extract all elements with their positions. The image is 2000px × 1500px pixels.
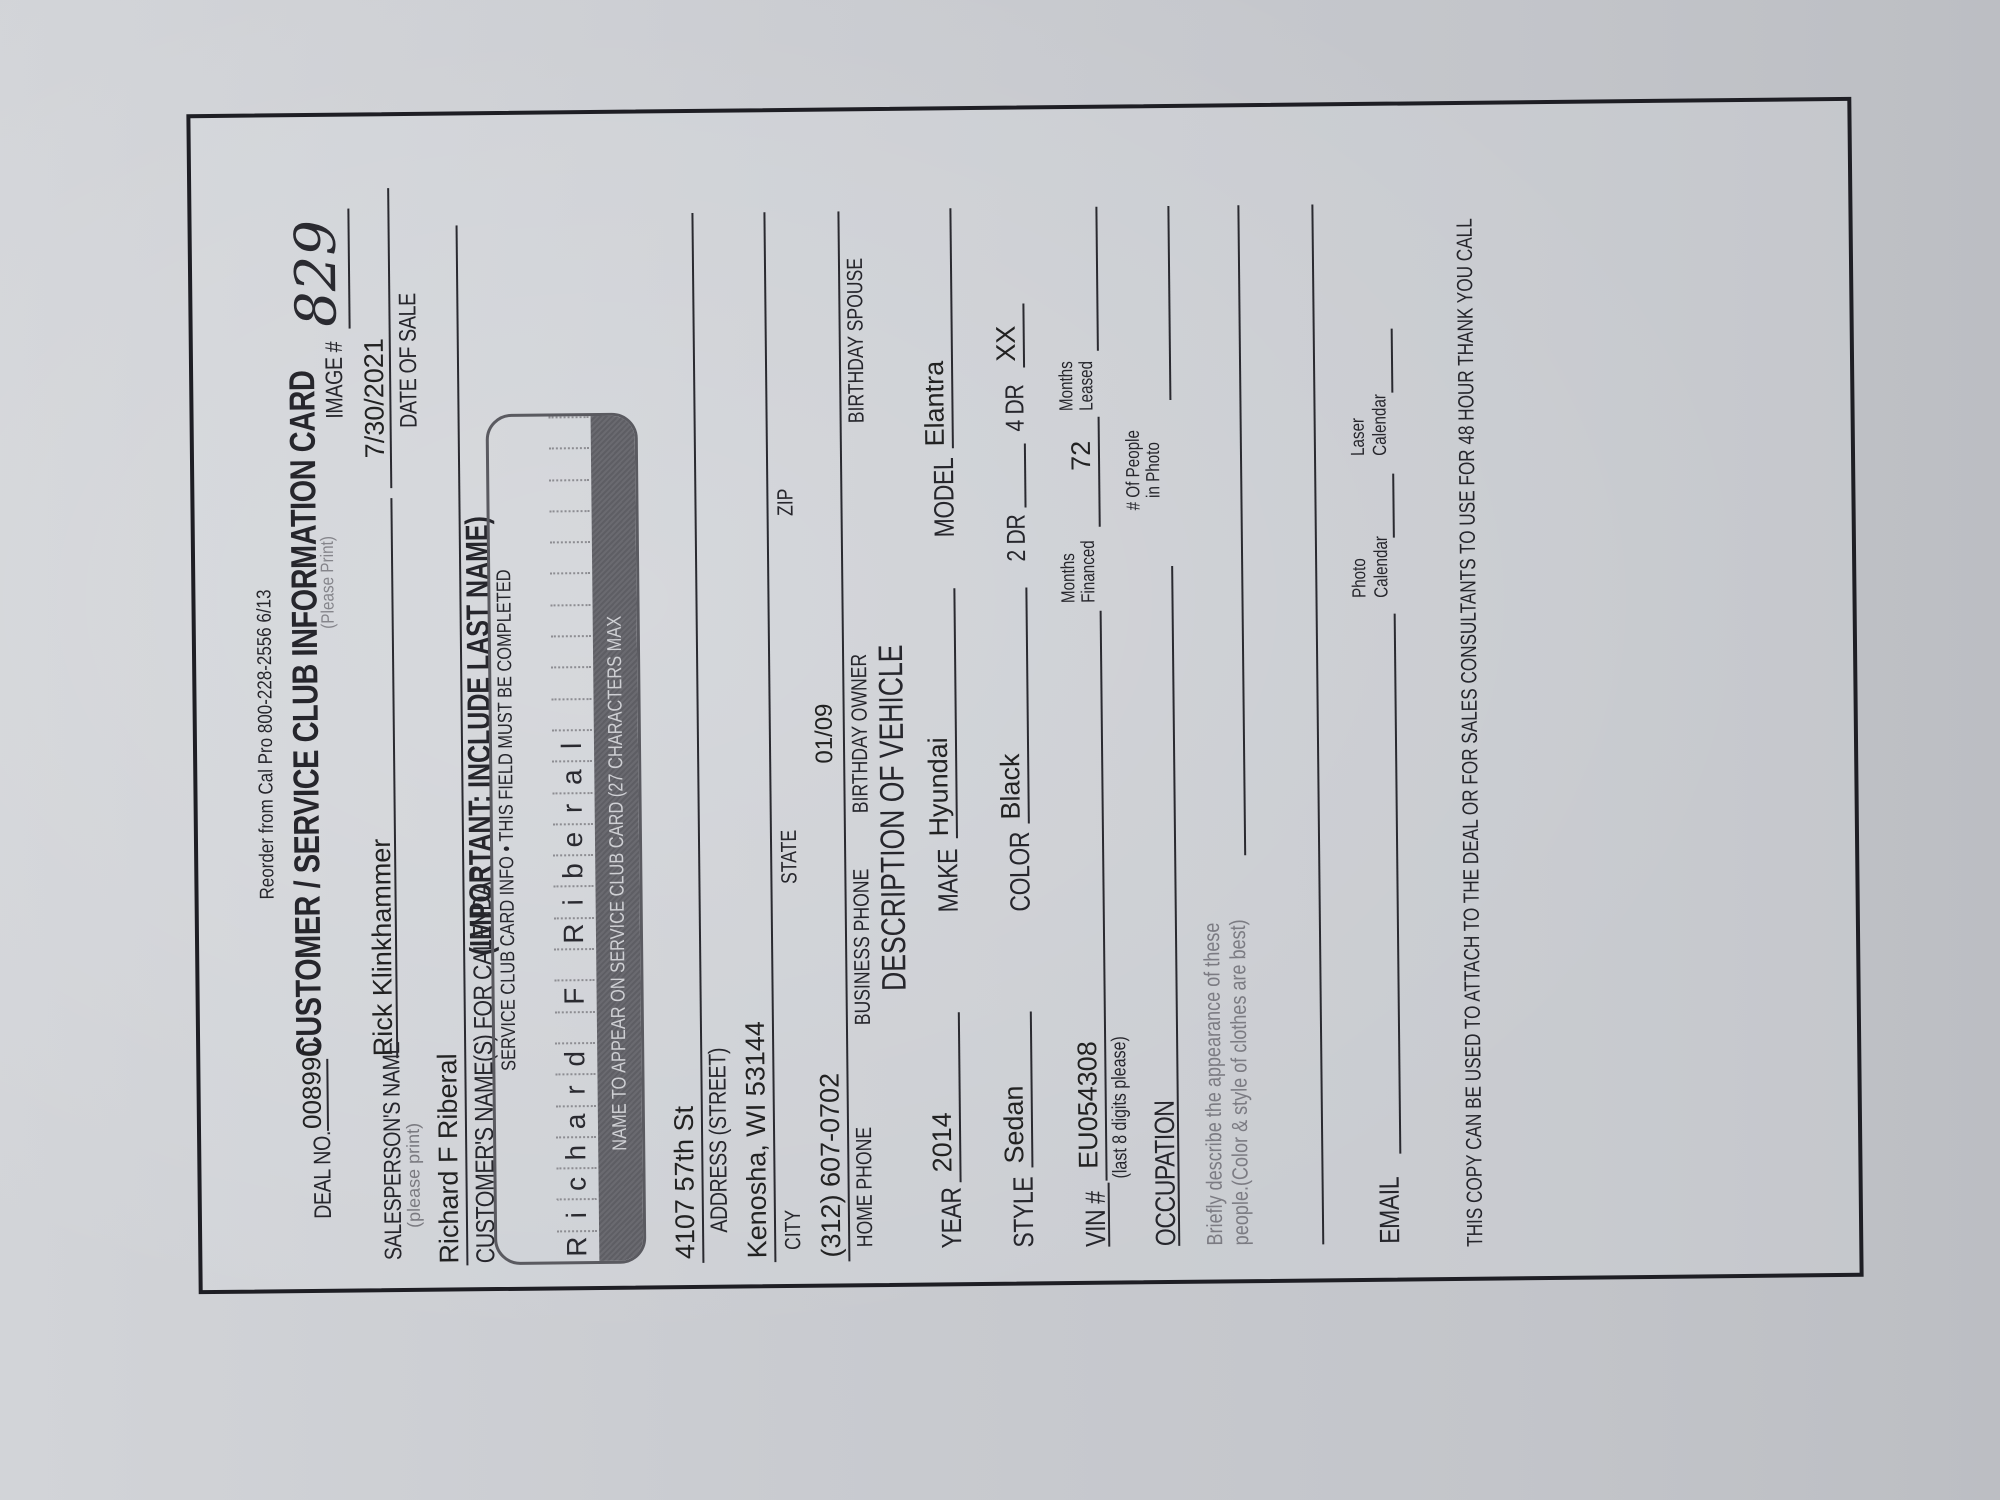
service-club-character-cell[interactable]: F	[554, 979, 594, 1011]
email-label: EMAIL	[1374, 1177, 1407, 1244]
four-dr-line	[1022, 303, 1025, 367]
service-club-character-cell[interactable]: e	[553, 823, 593, 855]
laser-calendar-line[interactable]	[1391, 329, 1394, 393]
service-club-character-cell[interactable]	[551, 635, 591, 667]
photo-calendar-line[interactable]	[1392, 474, 1395, 538]
salesperson-note: (please print)	[403, 1123, 425, 1228]
service-club-character-cell[interactable]	[550, 573, 590, 605]
vin-note: (last 8 digits please)	[1108, 1036, 1132, 1179]
service-club-character-cell[interactable]	[549, 416, 589, 448]
service-club-character-cell[interactable]: l	[552, 729, 592, 761]
style-value[interactable]: Sedan	[999, 1085, 1031, 1163]
service-club-character-cell[interactable]	[551, 666, 591, 698]
service-club-character-cell[interactable]	[555, 1011, 595, 1043]
city-value[interactable]: Kenosha, WI 53144	[740, 1021, 773, 1258]
service-club-character-cell[interactable]: d	[555, 1042, 595, 1074]
service-club-character-cell[interactable]	[549, 447, 589, 479]
address-value[interactable]: 4107 57th St	[669, 1106, 702, 1259]
service-club-character-cell[interactable]	[551, 604, 591, 636]
birthday-spouse-label: BIRTHDAY SPOUSE	[842, 258, 870, 424]
service-club-character-cell[interactable]: a	[556, 1105, 596, 1137]
title-note: (Please Print)	[317, 536, 339, 629]
address-label: ADDRESS (STREET)	[704, 1048, 734, 1233]
service-club-character-cell[interactable]: a	[552, 760, 592, 792]
people-in-photo-label: # Of Peoplein Photo	[1124, 430, 1165, 511]
service-club-character-cell[interactable]: r	[555, 1073, 595, 1105]
customer-info-card: Reorder from Cal Pro 800-228-2556 6/13 C…	[186, 97, 1863, 1294]
months-financed-line	[1098, 417, 1101, 527]
style-line	[1030, 1011, 1034, 1167]
style-label: STYLE	[1008, 1177, 1041, 1248]
service-club-character-cell[interactable]	[549, 479, 589, 511]
date-of-sale-value[interactable]: 7/30/2021	[359, 338, 391, 458]
make-label: MAKE	[932, 849, 965, 913]
service-club-character-cell[interactable]: b	[553, 854, 593, 886]
image-no-label: IMAGE #	[321, 342, 350, 419]
model-value[interactable]: Elantra	[919, 361, 951, 447]
appearance-line-1[interactable]	[1237, 205, 1246, 855]
months-financed-label: MonthsFinanced	[1059, 540, 1100, 603]
date-of-sale-label: DATE OF SALE	[394, 293, 423, 428]
make-value[interactable]: Hyundai	[923, 737, 955, 836]
service-club-character-cell[interactable]: R	[557, 1230, 597, 1262]
state-label: STATE	[776, 830, 803, 884]
two-dr-label: 2 DR	[1001, 514, 1032, 561]
reorder-text: Reorder from Cal Pro 800-228-2556 6/13	[253, 589, 279, 899]
service-club-character-cell[interactable]: c	[556, 1167, 596, 1199]
birthday-owner-label: BIRTHDAY OWNER	[846, 654, 874, 814]
months-financed-value[interactable]: 72	[1066, 441, 1097, 471]
vin-value[interactable]: EU054308	[1072, 1041, 1104, 1169]
service-club-character-cell[interactable]: R	[554, 917, 594, 949]
service-club-character-cell[interactable]	[552, 698, 592, 730]
four-dr-label: 4 DR	[999, 384, 1030, 431]
months-leased-label: MonthsLeased	[1057, 361, 1098, 411]
people-in-photo-line[interactable]	[1167, 206, 1171, 400]
customer-name-value[interactable]: Richard F Riberal	[432, 1053, 465, 1263]
deal-no-value[interactable]: 008990	[296, 1042, 328, 1129]
home-phone-label: HOME PHONE	[851, 1127, 878, 1248]
service-club-character-cell[interactable]	[554, 948, 594, 980]
image-no-line	[347, 209, 350, 329]
footer-note: THIS COPY CAN BE USED TO ATTACH TO THE D…	[1452, 218, 1489, 1247]
home-phone-value[interactable]: (312) 607-0702	[814, 1073, 847, 1258]
service-club-character-cells[interactable]: RichardFRiberal	[549, 416, 598, 1261]
color-value[interactable]: Black	[995, 753, 1027, 819]
vehicle-section-title: DESCRIPTION OF VEHICLE	[872, 644, 915, 991]
form-title: CUSTOMER / SERVICE CLUB INFORMATION CARD	[281, 370, 330, 1057]
year-label: YEAR	[936, 1187, 969, 1248]
service-club-character-cell[interactable]: i	[557, 1198, 597, 1230]
city-label: CITY	[780, 1210, 806, 1250]
model-label: MODEL	[928, 458, 961, 538]
service-club-character-cell[interactable]: i	[553, 885, 593, 917]
deal-no-line	[326, 1059, 329, 1131]
four-dr-value[interactable]: XX	[991, 325, 1022, 361]
birthday-owner-value[interactable]: 01/09	[811, 703, 840, 763]
appearance-label: Briefly describe the appearance of these…	[1199, 919, 1254, 1245]
zip-label: ZIP	[772, 488, 798, 516]
photo-calendar-label: PhotoCalendar	[1349, 536, 1394, 598]
two-dr-line[interactable]	[1024, 443, 1027, 507]
laser-calendar-label: LaserCalendar	[1347, 394, 1392, 456]
service-club-name-bar: NAME TO APPEAR ON SERVICE CLUB CARD (27 …	[591, 416, 644, 1261]
color-label: COLOR	[1004, 832, 1037, 912]
service-club-character-cell[interactable]	[550, 541, 590, 573]
deal-no-label: DEAL NO.	[309, 1131, 338, 1219]
email-line[interactable]	[1394, 614, 1402, 1154]
months-leased-line[interactable]	[1095, 207, 1099, 351]
year-line	[958, 1012, 962, 1182]
service-club-character-cell[interactable]: h	[556, 1136, 596, 1168]
image-no-handwritten[interactable]: 829	[283, 220, 349, 328]
service-club-character-cell[interactable]	[550, 510, 590, 542]
business-phone-label: BUSINESS PHONE	[848, 869, 876, 1026]
service-club-character-cell[interactable]: r	[552, 792, 592, 824]
year-value[interactable]: 2014	[927, 1112, 959, 1172]
appearance-line-2[interactable]	[1311, 204, 1324, 1244]
